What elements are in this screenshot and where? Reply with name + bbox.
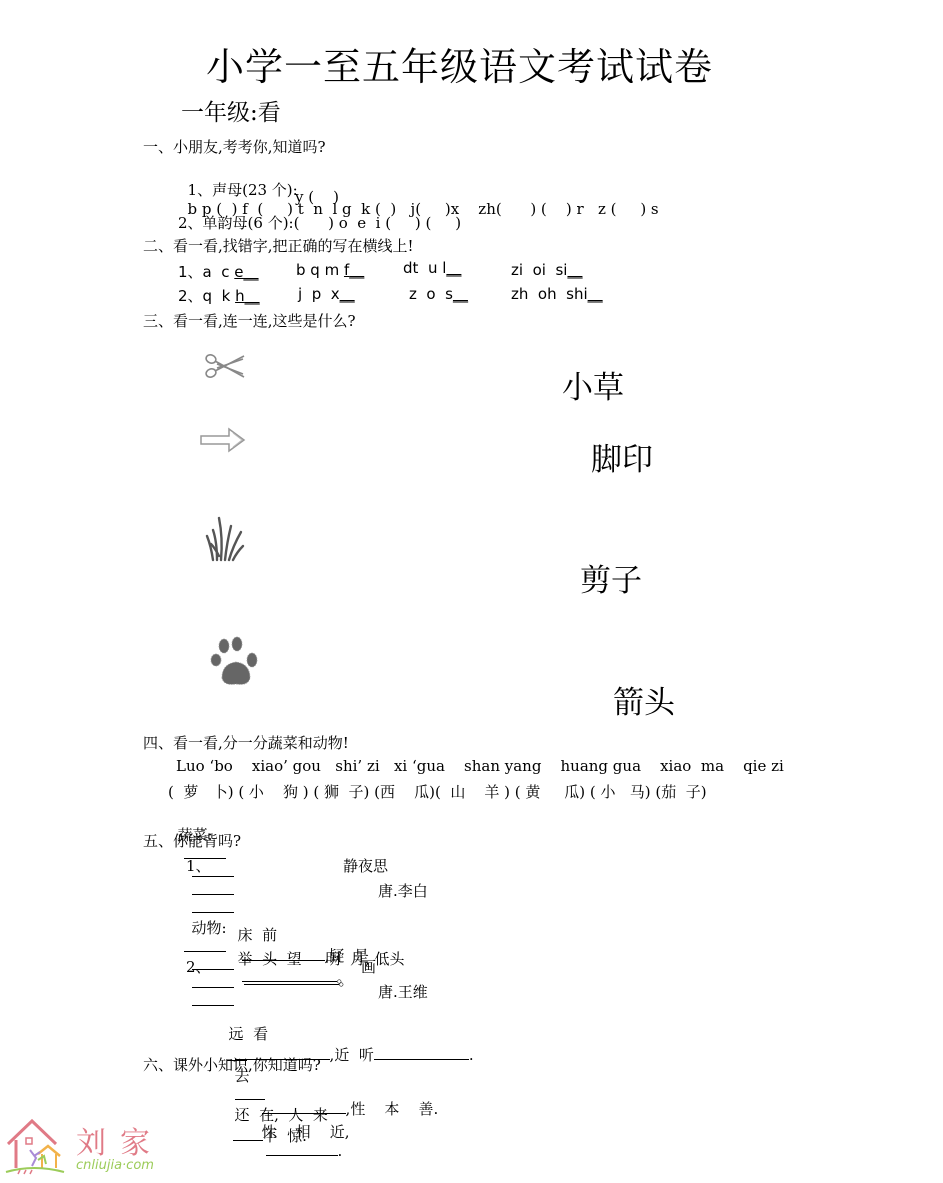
- answer-blank[interactable]: __: [340, 285, 355, 303]
- match-word-4: 箭头: [613, 677, 675, 722]
- animals-label: 动物:: [192, 919, 227, 937]
- answer-blank[interactable]: __: [349, 261, 364, 279]
- vegetable-blank-3[interactable]: [192, 882, 234, 895]
- poem1-blank-3[interactable]: [244, 972, 339, 985]
- watermark-url: cnliujia·com: [76, 1158, 154, 1173]
- pinyin-row: Luo ‘bo xiao’ gou shi’ zi xi ‘gua shan y…: [176, 757, 784, 775]
- document-subtitle: 一年级:看: [181, 94, 281, 127]
- arrow-icon: [199, 426, 247, 454]
- section6-blank-2[interactable]: [266, 1143, 338, 1156]
- initials-label: 1、声母(23 个):: [188, 181, 298, 199]
- answer-blank[interactable]: __: [446, 259, 461, 277]
- section1-line1-cont: y ( ): [295, 188, 339, 206]
- answer-blank[interactable]: __: [453, 285, 468, 303]
- section4-heading: 四、看一看,分一分蔬菜和动物!: [143, 732, 349, 753]
- match-word-1: 小草: [562, 362, 624, 407]
- poem1-number: 1、: [186, 855, 211, 876]
- section2-row1-item4: zi oi si__: [511, 261, 582, 279]
- poem2-title: 画: [361, 956, 376, 977]
- poem2-author: 唐.王维: [378, 981, 428, 1002]
- section2-row2-item1: 2、q k h__: [178, 285, 260, 306]
- section2-row1-item1: 1、a c e__: [178, 261, 259, 282]
- match-word-2: 脚印: [591, 434, 653, 479]
- section3-heading: 三、看一看,连一连,这些是什么?: [143, 310, 356, 331]
- answer-blank[interactable]: __: [244, 263, 259, 281]
- section2-row2-item2: j p x__: [298, 285, 355, 303]
- section2-row1-item2: b q m f__: [296, 261, 364, 279]
- animal-blank-1[interactable]: [184, 939, 226, 952]
- section6-heading: 六、课外小知识,你知道吗?: [143, 1054, 321, 1075]
- scissors-icon: [203, 352, 247, 382]
- wrong-letter: e: [234, 263, 243, 281]
- match-word-3: 剪子: [580, 555, 642, 600]
- paw-print-icon: [210, 636, 264, 688]
- section2-row1-item3: dt u l__: [403, 259, 461, 277]
- answer-blank[interactable]: __: [245, 287, 260, 305]
- house-logo-icon: [4, 1116, 66, 1178]
- hanzi-row: ( 萝 卜) ( 小 狗 ) ( 狮 子) (西 瓜)( 山 羊 ) ( 黄 瓜…: [168, 781, 707, 802]
- section2-row2-item4: zh oh shi__: [511, 285, 603, 303]
- poem2-blank-2[interactable]: [374, 1047, 469, 1060]
- section1-line2: 2、单韵母(6 个):( ) o e i ( ) ( ): [178, 212, 461, 233]
- section6-line2: 性 相 近, .: [252, 1103, 349, 1160]
- section1-heading: 一、小朋友,考考你,知道吗?: [143, 136, 326, 157]
- section5-heading: 五、你能背吗?: [143, 830, 241, 851]
- poem1-title: 静夜思: [343, 855, 388, 876]
- section2-row2-item3: z o s__: [409, 285, 468, 303]
- section1-line1: 1、声母(23 个): b p ( ) f ( ) t n l g k ( ) …: [178, 161, 659, 218]
- poem2-number: 2、: [186, 956, 211, 977]
- section2-heading: 二、看一看,找错字,把正确的写在横线上!: [143, 235, 414, 256]
- answer-blank[interactable]: __: [567, 261, 582, 279]
- watermark-logo: 刘家 cnliujia·com: [4, 1116, 174, 1180]
- watermark-brand: 刘家: [76, 1118, 164, 1162]
- grass-icon: [205, 512, 247, 564]
- poem1-author: 唐.李白: [378, 880, 428, 901]
- document-title: 小学一至五年级语文考试试卷: [206, 36, 713, 91]
- wrong-letter: h: [235, 287, 245, 305]
- answer-blank[interactable]: __: [588, 285, 603, 303]
